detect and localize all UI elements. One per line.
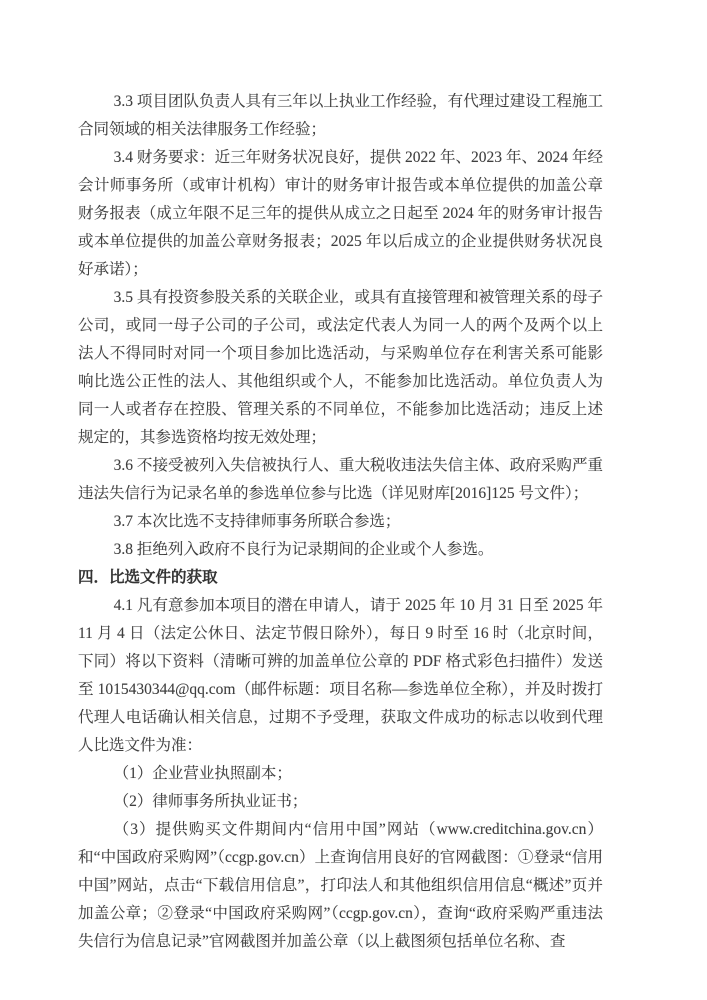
clause-4-1: 4.1 凡有意参加本项目的潜在申请人，请于 2025 年 10 月 31 日至 … [78,592,603,760]
required-doc-item-2: （2）律师事务所执业证书； [78,788,603,816]
document-text-block: 3.3 项目团队负责人具有三年以上执业工作经验，有代理过建设工程施工合同领域的相… [78,88,603,956]
section-4-heading: 四．比选文件的获取 [78,564,603,592]
clause-3-8: 3.8 拒绝列入政府不良行为记录期间的企业或个人参选。 [78,536,603,564]
clause-3-3: 3.3 项目团队负责人具有三年以上执业工作经验，有代理过建设工程施工合同领域的相… [78,88,603,144]
clause-3-7: 3.7 本次比选不支持律师事务所联合参选； [78,508,603,536]
required-doc-item-3: （3）提供购买文件期间内“信用中国”网站（www.creditchina.gov… [78,816,603,956]
clause-3-4: 3.4 财务要求：近三年财务状况良好，提供 2022 年、2023 年、2024… [78,144,603,284]
required-doc-item-1: （1）企业营业执照副本； [78,760,603,788]
document-page: 3.3 项目团队负责人具有三年以上执业工作经验，有代理过建设工程施工合同领域的相… [0,0,707,1000]
clause-3-6: 3.6 不接受被列入失信被执行人、重大税收违法失信主体、政府采购严重违法失信行为… [78,452,603,508]
clause-3-5: 3.5 具有投资参股关系的关联企业，或具有直接管理和被管理关系的母子公司，或同一… [78,284,603,452]
